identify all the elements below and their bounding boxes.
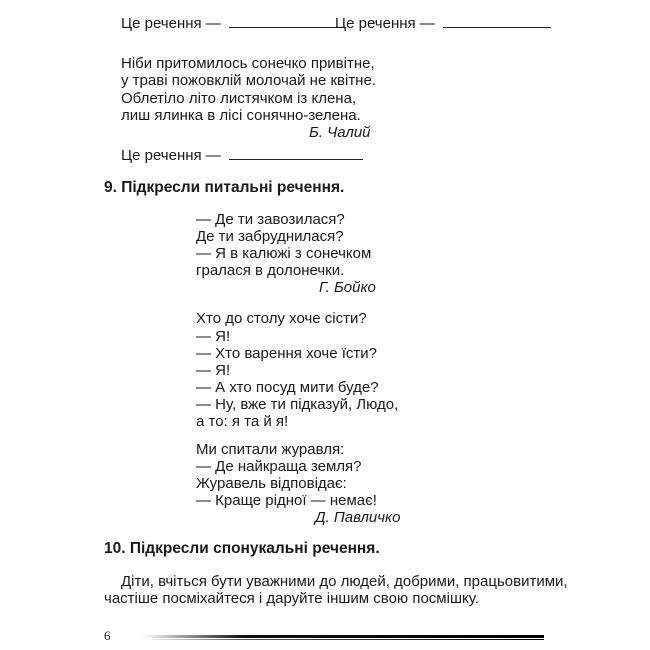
- poem-line: гралася в долонечки.: [196, 262, 344, 280]
- answer-prompt-3: Це речення —: [121, 147, 363, 165]
- poem-author: Г. Бойко: [319, 279, 376, 297]
- poem-line: а то: я та й я!: [196, 413, 288, 431]
- poem-line: Хто до столу хоче сісти?: [196, 310, 367, 328]
- answer-label: Це речення —: [335, 15, 435, 32]
- paragraph-line: частіше посміхайтеся і даруйте іншим сво…: [104, 590, 479, 608]
- poem-line: Де ти забруднилася?: [196, 228, 344, 246]
- answer-prompt-1: Це речення —: [121, 15, 337, 33]
- task-9-heading: 9. Підкресли питальні речення.: [104, 179, 344, 197]
- footer-rule-thin: [142, 639, 544, 640]
- poem-line: — Я!: [196, 328, 230, 346]
- answer-prompt-2: Це речення —: [335, 15, 551, 33]
- poem-line: — Де найкраща земля?: [196, 458, 362, 476]
- page-number: 6: [104, 628, 111, 644]
- poem-line: Журавель відповідає:: [196, 475, 347, 493]
- poem-line: — Я в калюжі з сонечком: [196, 245, 371, 263]
- poem-line: Ніби притомилось сонечко привітне,: [121, 55, 375, 73]
- answer-blank[interactable]: [229, 15, 337, 28]
- poem-line: — Хто варення хоче їсти?: [196, 345, 377, 363]
- answer-blank[interactable]: [229, 147, 363, 160]
- poem-line: лиш ялинка в лісі сонячно-зелена.: [121, 107, 361, 125]
- poem-line: — Де ти завозилася?: [196, 211, 345, 229]
- answer-label: Це речення —: [121, 15, 221, 32]
- poem-author: Д. Павличко: [315, 509, 400, 527]
- poem-line: — А хто посуд мити буде?: [196, 379, 379, 397]
- poem-line: Облетіло літо листячком із клена,: [121, 90, 356, 108]
- poem-author: Б. Чалий: [309, 124, 371, 142]
- footer-rule: [142, 635, 544, 642]
- footer-rule-thick: [142, 635, 544, 638]
- poem-line: — Краще рідної — немає!: [196, 492, 377, 510]
- poem-line: у траві пожовклій молочай не квітне.: [121, 72, 376, 90]
- task-10-heading: 10. Підкресли спонукальні речення.: [104, 540, 380, 558]
- paragraph-line: Діти, вчіться бути уважними до людей, до…: [121, 573, 568, 591]
- poem-line: Ми спитали журавля:: [196, 441, 344, 459]
- answer-label: Це речення —: [121, 147, 221, 164]
- poem-line: — Ну, вже ти підказуй, Людо,: [196, 396, 398, 414]
- answer-blank[interactable]: [443, 15, 551, 28]
- poem-line: — Я!: [196, 362, 230, 380]
